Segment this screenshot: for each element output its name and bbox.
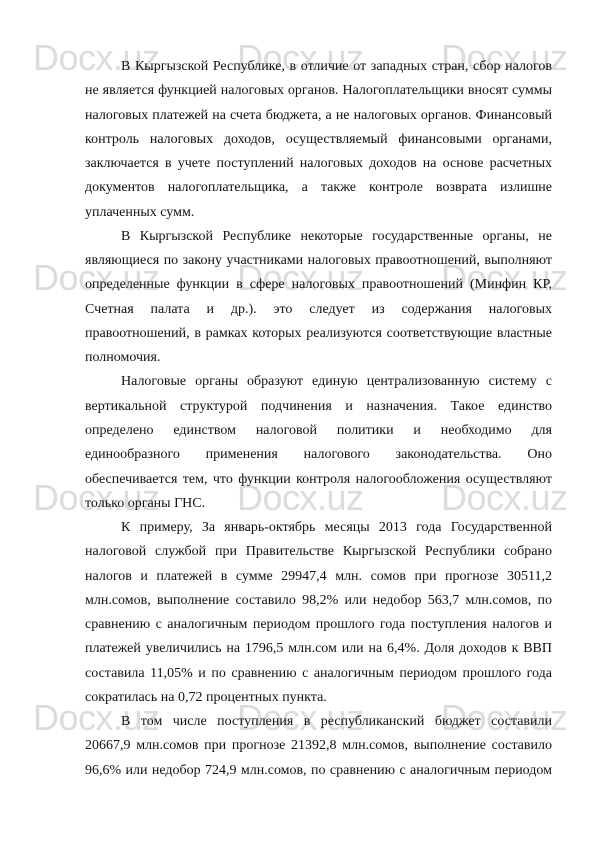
paragraph: Налоговые органы образуют единую централ…: [85, 370, 552, 516]
text-line: уплаченных сумм.: [85, 201, 552, 225]
text-line: В том числе поступления в республикански…: [85, 710, 552, 734]
text-line: сравнению с аналогичным периодом прошлог…: [85, 613, 552, 637]
text-line: налогов и платежей в сумме 29947,4 млн. …: [85, 565, 552, 589]
text-line: млн.сомов, выполнение составило 98,2% ил…: [85, 589, 552, 613]
text-line: вертикальной структурой подчинения и наз…: [85, 395, 552, 419]
text-line: являющиеся по закону участниками налогов…: [85, 249, 552, 273]
text-line: обеспечивается тем, что функции контроля…: [85, 468, 552, 492]
text-line: только органы ГНС.: [85, 492, 552, 516]
text-line: документов налогоплательщика, а также ко…: [85, 176, 552, 200]
text-line: единообразного применения налогового зак…: [85, 443, 552, 467]
text-line: налоговых платежей на счета бюджета, а н…: [85, 104, 552, 128]
text-line: Налоговые органы образуют единую централ…: [85, 370, 552, 394]
text-line: В Кыргызской Республике, в отличие от за…: [85, 55, 552, 79]
paragraph: В том числе поступления в республикански…: [85, 710, 552, 783]
text-line: заключается в учете поступлений налоговы…: [85, 152, 552, 176]
paragraph: В Кыргызской Республике, в отличие от за…: [85, 55, 552, 225]
text-line: определенные функции в сфере налоговых п…: [85, 273, 552, 297]
text-line: не является функцией налоговых органов. …: [85, 79, 552, 103]
text-line: налоговой службой при Правительстве Кырг…: [85, 540, 552, 564]
text-line: сократилась на 0,72 процентных пункта.: [85, 686, 552, 710]
paragraph: В Кыргызской Республике некоторые госуда…: [85, 225, 552, 371]
text-line: 96,6% или недобор 724,9 млн.сомов, по ср…: [85, 759, 552, 783]
text-line: В Кыргызской Республике некоторые госуда…: [85, 225, 552, 249]
text-line: полномочия.: [85, 346, 552, 370]
text-line: 20667,9 млн.сомов при прогнозе 21392,8 м…: [85, 734, 552, 758]
text-line: Счетная палата и др.). это следует из со…: [85, 298, 552, 322]
text-line: правоотношений, в рамках которых реализу…: [85, 322, 552, 346]
text-line: составила 11,05% и по сравнению с аналог…: [85, 662, 552, 686]
text-line: определено единством налоговой политики …: [85, 419, 552, 443]
text-line: контроль налоговых доходов, осуществляем…: [85, 128, 552, 152]
text-line: платежей увеличились на 1796,5 млн.сом и…: [85, 637, 552, 661]
paragraph: К примеру, За январь-октябрь месяцы 2013…: [85, 516, 552, 710]
document-body: В Кыргызской Республике, в отличие от за…: [85, 55, 552, 783]
text-line: К примеру, За январь-октябрь месяцы 2013…: [85, 516, 552, 540]
